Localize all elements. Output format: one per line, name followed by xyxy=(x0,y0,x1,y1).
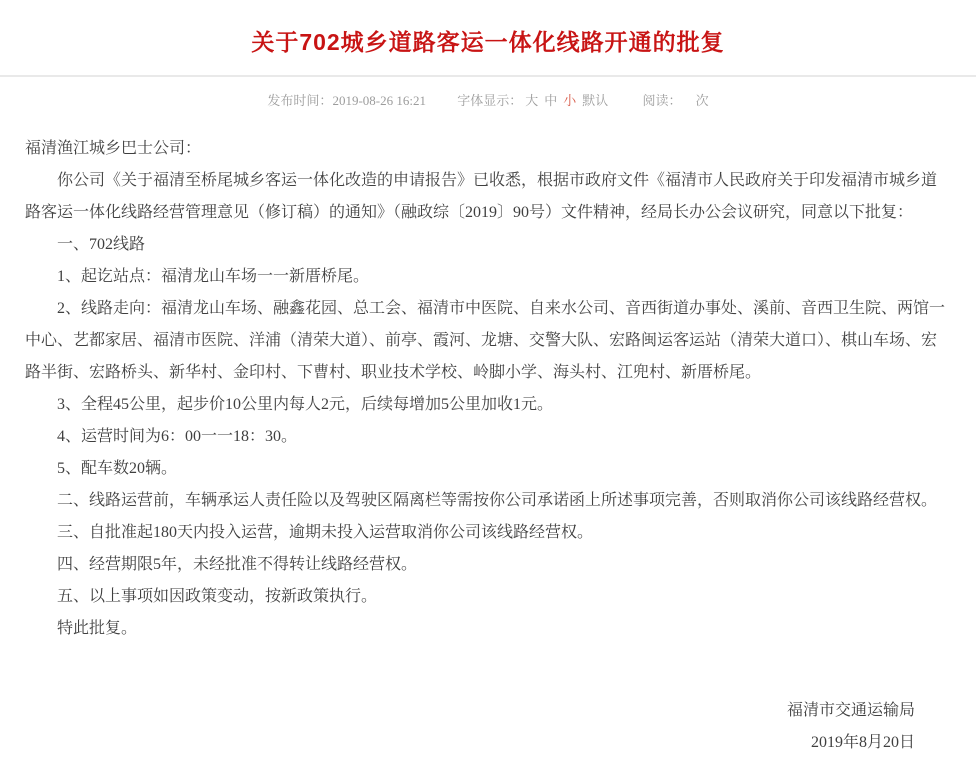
font-size-option-large[interactable]: 大 xyxy=(525,93,538,108)
signature-org: 福清市交通运输局 xyxy=(25,695,915,727)
font-size-option-default[interactable]: 默认 xyxy=(582,93,608,108)
paragraph: 1、起讫站点：福清龙山车场一一新厝桥尾。 xyxy=(25,261,951,293)
publish-time-value: 2019-08-26 16:21 xyxy=(332,93,426,108)
font-size-option-small[interactable]: 小 xyxy=(563,93,576,108)
paragraph: 三、自批准起180天内投入运营，逾期未投入运营取消你公司该线路经营权。 xyxy=(25,517,951,549)
document-paragraphs: 你公司《关于福清至桥尾城乡客运一体化改造的申请报告》已收悉，根据市政府文件《福清… xyxy=(25,165,951,645)
read-count: 阅读：次 xyxy=(643,93,709,108)
paragraph: 一、702线路 xyxy=(25,229,951,261)
paragraph: 4、运营时间为6：00一一18：30。 xyxy=(25,421,951,453)
paragraph: 你公司《关于福清至桥尾城乡客运一体化改造的申请报告》已收悉，根据市政府文件《福清… xyxy=(25,165,951,229)
page-title: 关于702城乡道路客运一体化线路开通的批复 xyxy=(0,0,976,57)
publish-time-label: 发布时间： xyxy=(267,93,332,108)
font-size-label: 字体显示： xyxy=(457,93,522,108)
article-page: 关于702城乡道路客运一体化线路开通的批复 发布时间：2019-08-26 16… xyxy=(0,0,976,779)
paragraph: 五、以上事项如因政策变动，按新政策执行。 xyxy=(25,581,951,613)
signature-block: 福清市交通运输局 2019年8月20日 xyxy=(25,695,951,759)
paragraph: 2、线路走向：福清龙山车场、融鑫花园、总工会、福清市中医院、自来水公司、音西街道… xyxy=(25,293,951,389)
font-size-option-medium[interactable]: 中 xyxy=(544,93,557,108)
salutation: 福清渔江城乡巴士公司： xyxy=(25,133,951,165)
read-count-unit: 次 xyxy=(696,93,709,108)
document-body: 福清渔江城乡巴士公司： 你公司《关于福清至桥尾城乡客运一体化改造的申请报告》已收… xyxy=(0,115,976,759)
paragraph: 3、全程45公里，起步价10公里内每人2元，后续每增加5公里加收1元。 xyxy=(25,389,951,421)
paragraph: 5、配车数20辆。 xyxy=(25,453,951,485)
read-count-label: 阅读： xyxy=(643,93,682,108)
paragraph: 二、线路运营前，车辆承运人责任险以及驾驶区隔离栏等需按你公司承诺函上所述事项完善… xyxy=(25,485,951,517)
font-size-control: 字体显示：大中小默认 xyxy=(457,93,611,108)
signature-date: 2019年8月20日 xyxy=(25,727,915,759)
meta-bar: 发布时间：2019-08-26 16:21 字体显示：大中小默认 阅读：次 xyxy=(0,77,976,115)
paragraph: 特此批复。 xyxy=(25,613,951,645)
paragraph: 四、经营期限5年，未经批准不得转让线路经营权。 xyxy=(25,549,951,581)
publish-time: 发布时间：2019-08-26 16:21 xyxy=(267,93,426,108)
